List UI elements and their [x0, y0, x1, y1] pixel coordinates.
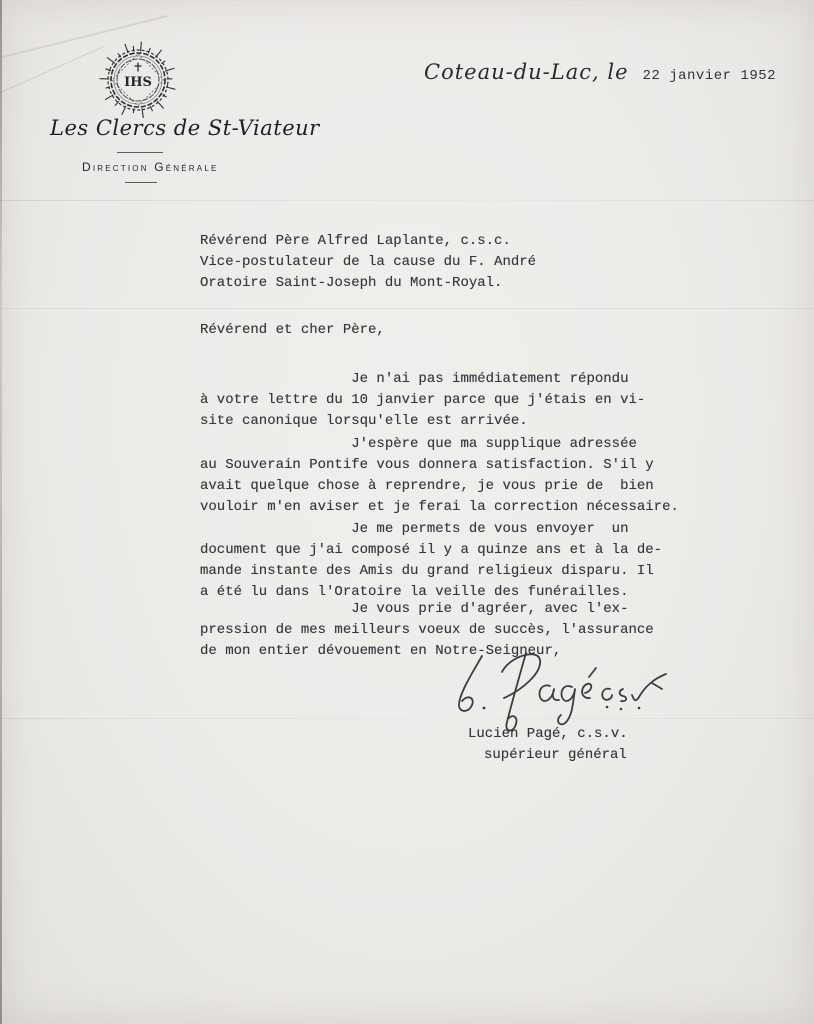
letterhead-department: Direction Générale	[82, 160, 219, 174]
dateline-date-typed: 22 janvier 1952	[643, 68, 777, 84]
signature-typed-title: supérieur général	[484, 747, 627, 763]
scan-edge-line	[0, 0, 2, 1024]
body-paragraph: J'espère que ma supplique adressée au So…	[200, 434, 679, 518]
dateline: Coteau-du-Lac, le 22 janvier 1952	[424, 60, 776, 84]
body-paragraph: Je me permets de vous envoyer un documen…	[200, 519, 662, 603]
recipient-address-block: Révérend Père Alfred Laplante, c.s.c. Vi…	[200, 231, 536, 294]
paper-fold-line	[0, 308, 814, 309]
letterhead-organization: Les Clercs de St-Viateur	[50, 116, 280, 140]
salutation: Révérend et cher Père,	[200, 320, 385, 341]
signature-typed-name: Lucien Pagé, c.s.v.	[468, 726, 628, 742]
emblem-ihs-monogram: IHS	[124, 75, 152, 90]
ihs-crown-of-thorns-emblem-icon: IHS	[94, 38, 182, 122]
paper-fold-line	[0, 200, 814, 201]
dateline-place-printed: Coteau-du-Lac, le	[424, 60, 629, 84]
letterhead-divider	[125, 182, 157, 183]
body-paragraph: Je n'ai pas immédiatement répondu à votr…	[200, 369, 645, 432]
paper-fold-line	[0, 718, 814, 719]
letterhead-divider	[117, 152, 163, 153]
scanned-letter-page: IHS Les Clercs de St-Viateur Direction G…	[0, 0, 814, 1024]
